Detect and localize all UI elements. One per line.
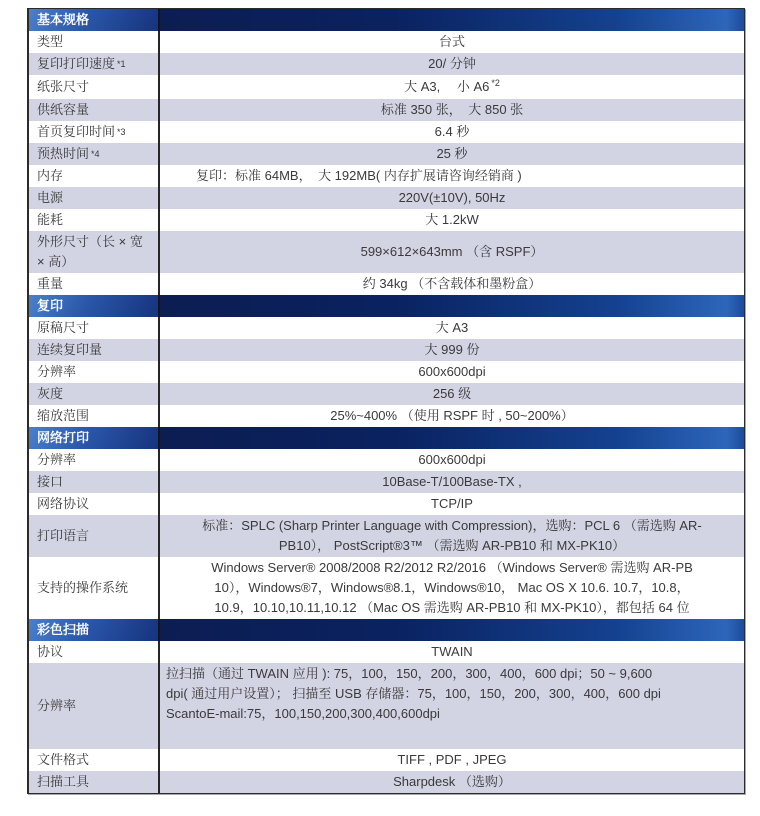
- spec-label-cell: 能耗: [29, 209, 160, 231]
- section-header-basic-specs: 基本规格: [29, 9, 744, 31]
- spec-value: 600x600dpi: [418, 452, 485, 467]
- spec-label: 分辨率: [37, 450, 76, 470]
- spec-label-cell: 文件格式: [29, 749, 160, 771]
- table-row-print-language: 打印语言 标准：SPLC (Sharp Printer Language wit…: [29, 515, 744, 557]
- spec-label-cell: 供纸容量: [29, 99, 160, 121]
- spec-value-cell: 大 1.2kW: [160, 209, 744, 231]
- spec-label: 纸张尺寸: [37, 77, 89, 97]
- spec-value: Sharpdesk （选购）: [393, 774, 511, 789]
- spec-value: TIFF , PDF , JPEG: [397, 752, 506, 767]
- spec-value: 10Base-T/100Base-TX ,: [382, 474, 521, 489]
- spec-value-cell: 大 A3: [160, 317, 744, 339]
- spec-label-cell: 支持的操作系统: [29, 557, 160, 619]
- spec-label-cell: 缩放范围: [29, 405, 160, 427]
- table-row-warmup-time: 预热时间*4 25 秒: [29, 143, 744, 165]
- footnote-marker: *3: [117, 127, 126, 137]
- table-row-print-resolution: 分辨率 600x600dpi: [29, 449, 744, 471]
- spec-value-cell: 599×612×643mm （含 RSPF）: [160, 241, 744, 263]
- spec-value: Windows Server® 2008/2008 R2/2012 R2/201…: [211, 560, 693, 615]
- spec-label-cell: 外形尺寸（长 × 宽 × 高）: [29, 231, 160, 273]
- footnote-marker: *2: [491, 78, 500, 88]
- spec-label: 协议: [37, 642, 63, 662]
- spec-value-cell: 拉扫描（通过 TWAIN 应用 ): 75，100，150，200，300，40…: [160, 663, 744, 749]
- spec-value: 标准 350 张， 大 850 张: [381, 102, 523, 117]
- table-row-scan-tool: 扫描工具 Sharpdesk （选购）: [29, 771, 744, 793]
- spec-value: 拉扫描（通过 TWAIN 应用 ): 75，100，150，200，300，40…: [166, 666, 661, 721]
- section-title: 彩色扫描: [29, 619, 160, 641]
- spec-value: 256 级: [433, 386, 471, 401]
- spec-label: 原稿尺寸: [37, 318, 89, 338]
- footnote-marker: *1: [117, 59, 126, 69]
- table-row-scan-resolution: 分辨率 拉扫描（通过 TWAIN 应用 ): 75，100，150，200，30…: [29, 663, 744, 749]
- spec-value-cell: TWAIN: [160, 641, 744, 663]
- section-header-bar: [160, 295, 744, 317]
- table-row-paper-capacity: 供纸容量 标准 350 张， 大 850 张: [29, 99, 744, 121]
- spec-value-cell: 台式: [160, 31, 744, 53]
- table-row-scan-protocol: 协议 TWAIN: [29, 641, 744, 663]
- spec-label-cell: 电源: [29, 187, 160, 209]
- table-row-memory: 内存 复印：标准 64MB， 大 192MB( 内存扩展请咨询经销商 ): [29, 165, 744, 187]
- spec-value: 大 A3: [436, 320, 469, 335]
- spec-label: 预热时间: [37, 144, 89, 164]
- spec-value-cell: 10Base-T/100Base-TX ,: [160, 471, 744, 493]
- spec-value-cell: 约 34kg （不含载体和墨粉盒）: [160, 273, 744, 295]
- spec-value: 复印：标准 64MB， 大 192MB( 内存扩展请咨询经销商 ): [196, 168, 522, 183]
- section-title: 复印: [29, 295, 160, 317]
- spec-label-cell: 网络协议: [29, 493, 160, 515]
- spec-value-cell: 大 999 份: [160, 339, 744, 361]
- spec-label-cell: 分辨率: [29, 449, 160, 471]
- spec-value: 600x600dpi: [418, 364, 485, 379]
- spec-table: 基本规格 类型 台式 复印打印速度*1 20/ 分钟 纸张尺寸 大 A3, 小 …: [27, 8, 745, 794]
- section-title: 基本规格: [29, 9, 160, 31]
- spec-value: 25%~400% （使用 RSPF 时 , 50~200%）: [330, 408, 574, 423]
- spec-label: 供纸容量: [37, 100, 89, 120]
- spec-value-cell: 600x600dpi: [160, 361, 744, 383]
- table-row-zoom-range: 缩放范围 25%~400% （使用 RSPF 时 , 50~200%）: [29, 405, 744, 427]
- spec-label: 打印语言: [37, 526, 89, 546]
- spec-value: TCP/IP: [431, 496, 473, 511]
- table-row-continuous-copy: 连续复印量 大 999 份: [29, 339, 744, 361]
- table-row-copy-resolution: 分辨率 600x600dpi: [29, 361, 744, 383]
- table-row-power-consumption: 能耗 大 1.2kW: [29, 209, 744, 231]
- spec-value: 220V(±10V), 50Hz: [399, 190, 506, 205]
- spec-value-cell: 6.4 秒: [160, 121, 744, 143]
- spec-label-cell: 复印打印速度*1: [29, 53, 160, 75]
- spec-label-cell: 接口: [29, 471, 160, 493]
- spec-value-cell: 标准 350 张， 大 850 张: [160, 99, 744, 121]
- spec-value: 约 34kg （不含载体和墨粉盒）: [363, 276, 541, 291]
- table-row-file-format: 文件格式 TIFF , PDF , JPEG: [29, 749, 744, 771]
- spec-label: 内存: [37, 166, 63, 186]
- spec-value: 大 A3, 小 A6: [404, 79, 489, 94]
- spec-label: 外形尺寸（长 × 宽 × 高）: [37, 232, 143, 272]
- spec-label: 接口: [37, 472, 63, 492]
- spec-label: 文件格式: [37, 750, 89, 770]
- spec-label-cell: 纸张尺寸: [29, 75, 160, 99]
- section-header-color-scan: 彩色扫描: [29, 619, 744, 641]
- section-header-copy: 复印: [29, 295, 744, 317]
- spec-label-cell: 打印语言: [29, 515, 160, 557]
- table-row-network-protocol: 网络协议 TCP/IP: [29, 493, 744, 515]
- spec-value-cell: Windows Server® 2008/2008 R2/2012 R2/201…: [160, 557, 744, 619]
- spec-label: 网络协议: [37, 494, 89, 514]
- spec-label-cell: 重量: [29, 273, 160, 295]
- table-row-paper-size: 纸张尺寸 大 A3, 小 A6*2: [29, 75, 744, 99]
- spec-label: 能耗: [37, 210, 63, 230]
- spec-label: 分辨率: [37, 696, 76, 716]
- footnote-marker: *4: [91, 149, 100, 159]
- table-row-type: 类型 台式: [29, 31, 744, 53]
- table-row-weight: 重量 约 34kg （不含载体和墨粉盒）: [29, 273, 744, 295]
- spec-label-cell: 原稿尺寸: [29, 317, 160, 339]
- spec-value: 台式: [439, 34, 465, 49]
- spec-label-cell: 内存: [29, 165, 160, 187]
- table-row-grayscale: 灰度 256 级: [29, 383, 744, 405]
- spec-value: 标准：SPLC (Sharp Printer Language with Com…: [202, 518, 701, 553]
- spec-label-cell: 类型: [29, 31, 160, 53]
- table-row-supported-os: 支持的操作系统 Windows Server® 2008/2008 R2/201…: [29, 557, 744, 619]
- section-header-bar: [160, 427, 744, 449]
- spec-label-cell: 扫描工具: [29, 771, 160, 793]
- spec-value: 25 秒: [436, 146, 467, 161]
- spec-value-cell: TCP/IP: [160, 493, 744, 515]
- table-row-dimensions: 外形尺寸（长 × 宽 × 高） 599×612×643mm （含 RSPF）: [29, 231, 744, 273]
- spec-label-cell: 首页复印时间*3: [29, 121, 160, 143]
- spec-value: 20/ 分钟: [428, 56, 476, 71]
- spec-value-cell: 大 A3, 小 A6*2: [160, 76, 744, 98]
- spec-label-cell: 分辨率: [29, 361, 160, 383]
- spec-label-cell: 灰度: [29, 383, 160, 405]
- spec-label-cell: 分辨率: [29, 663, 160, 749]
- spec-value: 599×612×643mm （含 RSPF）: [361, 244, 544, 259]
- spec-value: TWAIN: [431, 644, 472, 659]
- spec-value-cell: 复印：标准 64MB， 大 192MB( 内存扩展请咨询经销商 ): [160, 165, 744, 187]
- spec-label: 分辨率: [37, 362, 76, 382]
- spec-label: 连续复印量: [37, 340, 102, 360]
- section-header-network-print: 网络打印: [29, 427, 744, 449]
- spec-label-cell: 预热时间*4: [29, 143, 160, 165]
- spec-label-cell: 协议: [29, 641, 160, 663]
- spec-label: 复印打印速度: [37, 54, 115, 74]
- spec-label: 扫描工具: [37, 772, 89, 792]
- spec-label: 首页复印时间: [37, 122, 115, 142]
- spec-value: 6.4 秒: [435, 124, 470, 139]
- table-row-copy-print-speed: 复印打印速度*1 20/ 分钟: [29, 53, 744, 75]
- spec-value-cell: 256 级: [160, 383, 744, 405]
- spec-value-cell: 20/ 分钟: [160, 53, 744, 75]
- spec-value-cell: 220V(±10V), 50Hz: [160, 187, 744, 209]
- section-header-bar: [160, 619, 744, 641]
- table-row-first-copy-time: 首页复印时间*3 6.4 秒: [29, 121, 744, 143]
- table-row-power: 电源 220V(±10V), 50Hz: [29, 187, 744, 209]
- spec-label: 类型: [37, 32, 63, 52]
- table-row-interface: 接口 10Base-T/100Base-TX ,: [29, 471, 744, 493]
- spec-value-cell: TIFF , PDF , JPEG: [160, 749, 744, 771]
- table-row-original-size: 原稿尺寸 大 A3: [29, 317, 744, 339]
- section-title: 网络打印: [29, 427, 160, 449]
- spec-label-cell: 连续复印量: [29, 339, 160, 361]
- spec-label: 重量: [37, 274, 63, 294]
- spec-label: 支持的操作系统: [37, 578, 128, 598]
- spec-value-cell: 25%~400% （使用 RSPF 时 , 50~200%）: [160, 405, 744, 427]
- spec-label: 灰度: [37, 384, 63, 404]
- spec-value-cell: 25 秒: [160, 143, 744, 165]
- spec-value-cell: 600x600dpi: [160, 449, 744, 471]
- spec-label: 电源: [37, 188, 63, 208]
- spec-value: 大 999 份: [425, 342, 480, 357]
- spec-value: 大 1.2kW: [425, 212, 478, 227]
- section-header-bar: [160, 9, 744, 31]
- spec-value-cell: Sharpdesk （选购）: [160, 771, 744, 793]
- spec-label: 缩放范围: [37, 406, 89, 426]
- spec-value-cell: 标准：SPLC (Sharp Printer Language with Com…: [160, 515, 744, 557]
